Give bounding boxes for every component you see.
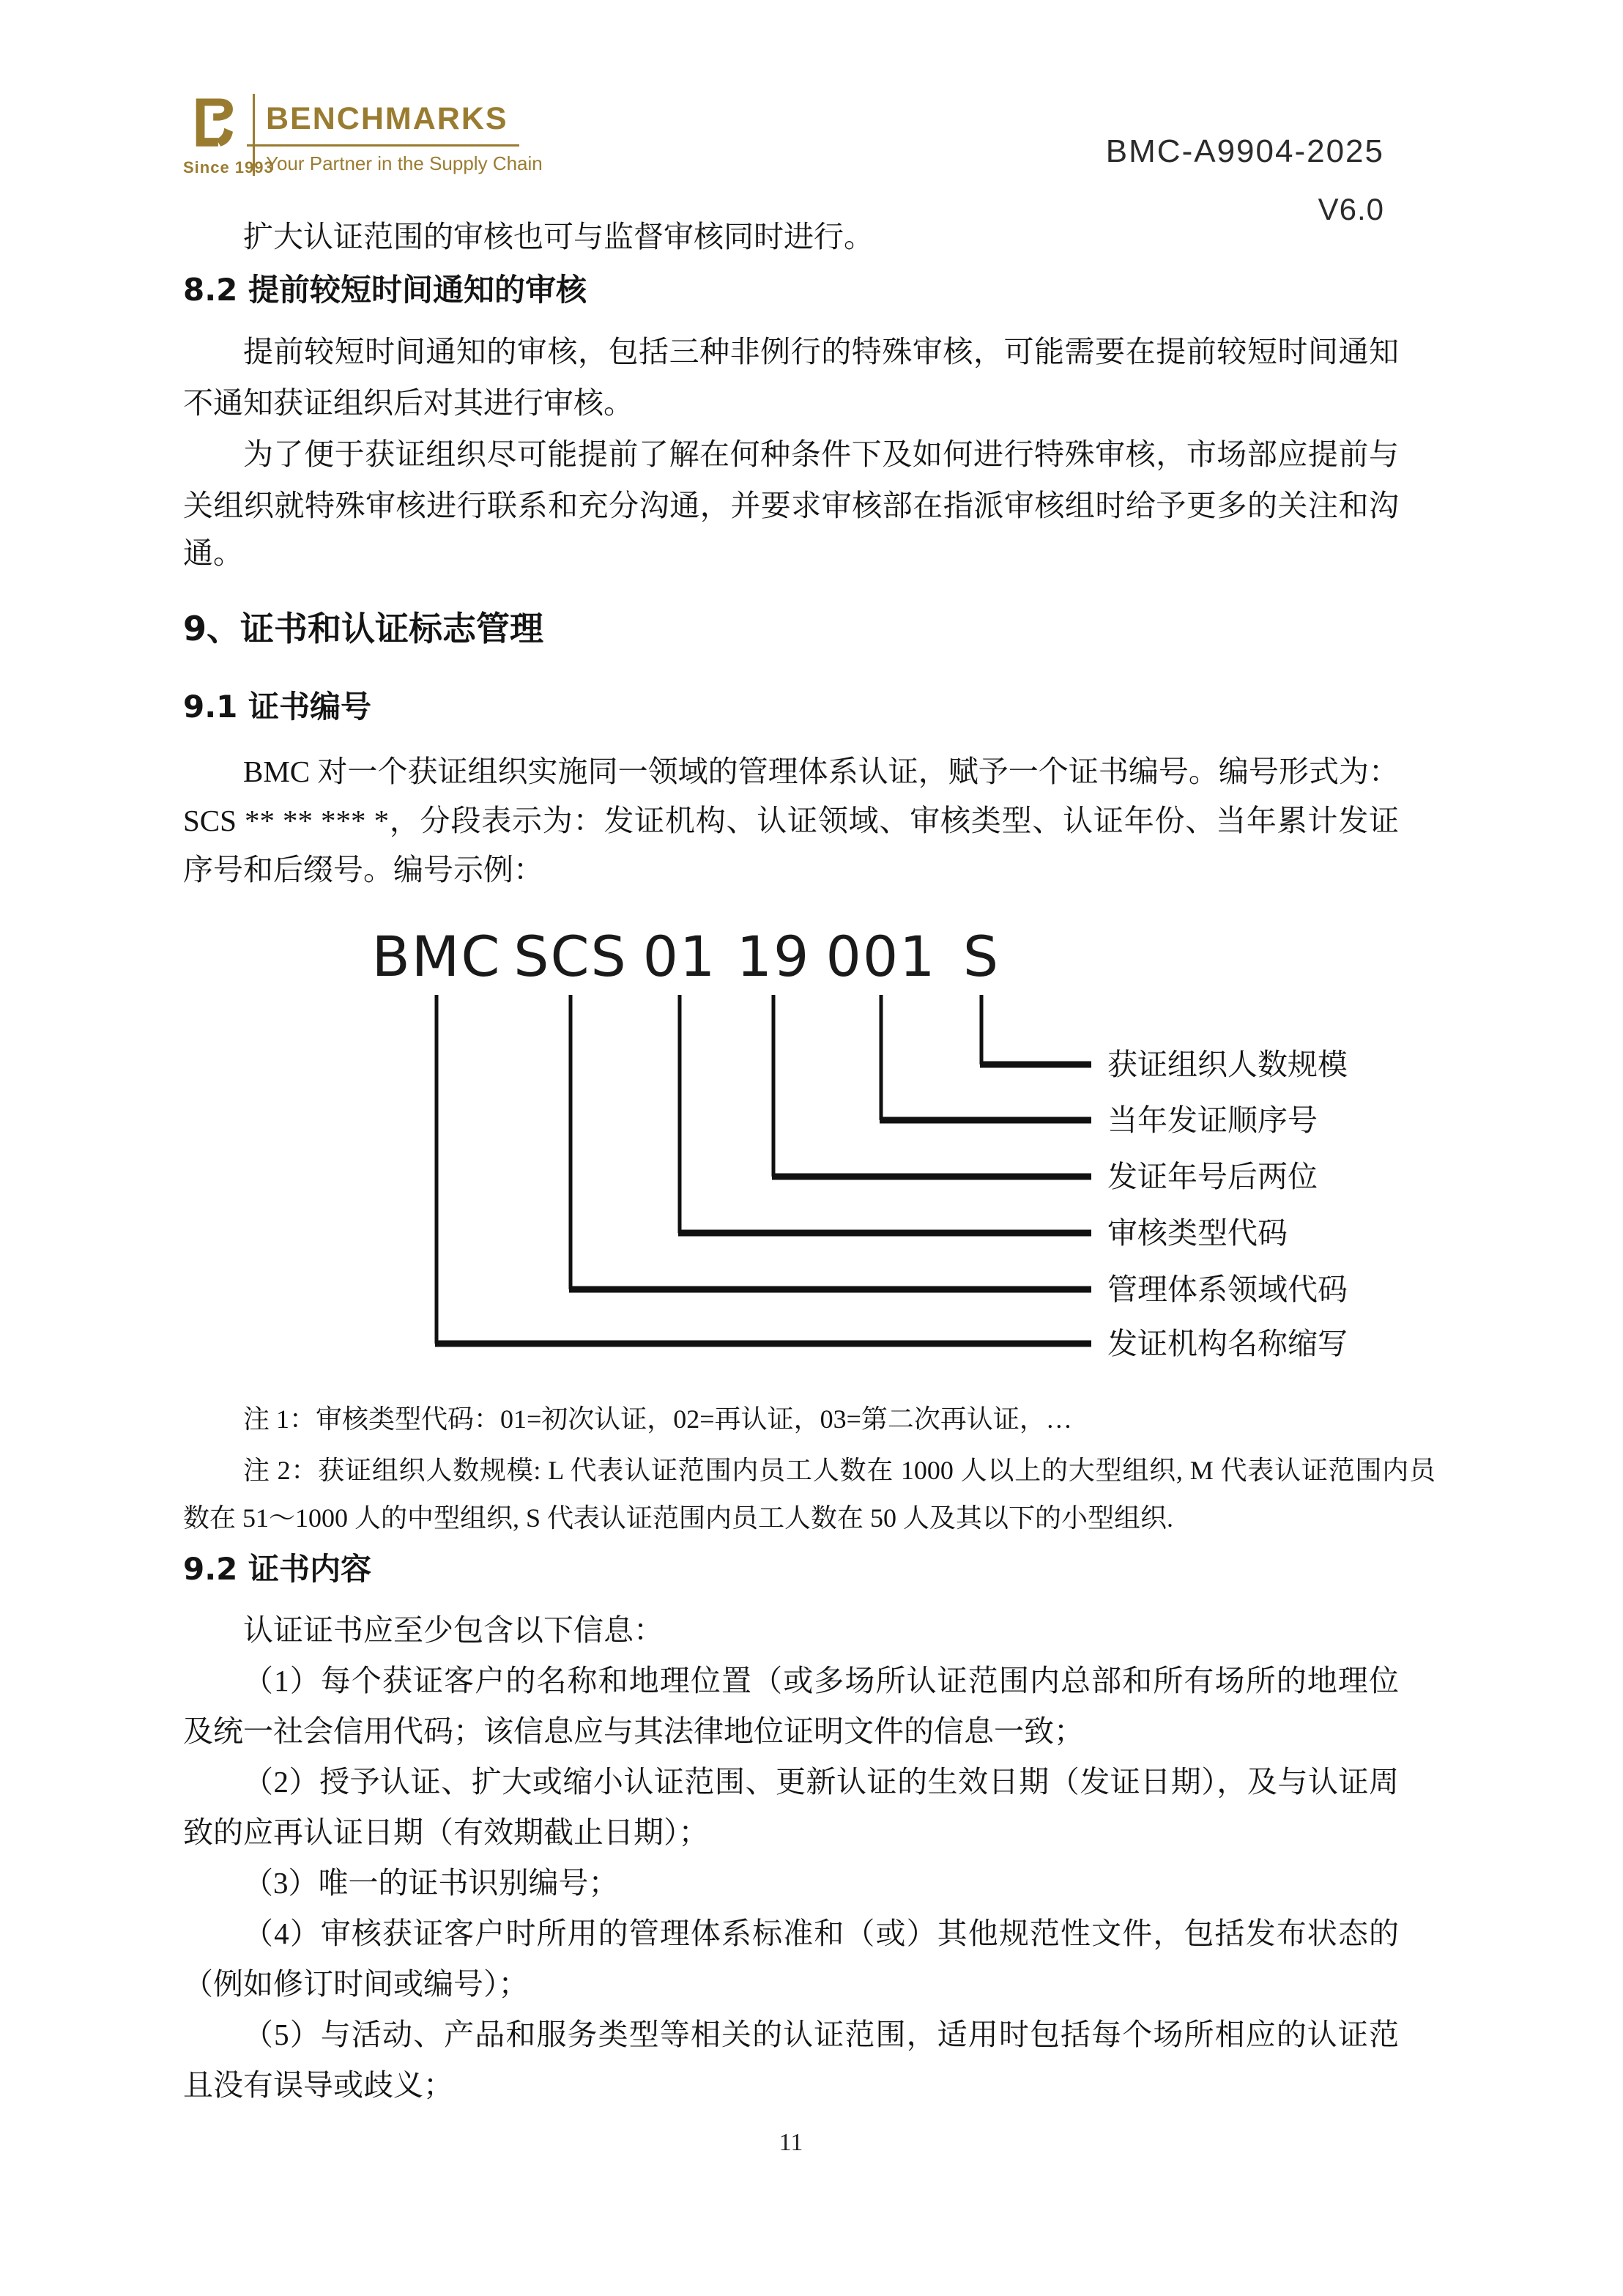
diagram-label: 审核类型代码 bbox=[1107, 1212, 1288, 1253]
code-segment: BMC bbox=[372, 924, 502, 989]
page-number: 11 bbox=[183, 2122, 1399, 2163]
note-line: 注 1：审核类型代码：01=初次认证，02=再认证，03=第二次再认证，… bbox=[183, 1399, 1436, 1440]
body-line: （4）审核获证客户时所用的管理体系标准和（或）其他规范性文件，包括发布状态的标示 bbox=[183, 1913, 1399, 1954]
code-segment: 19 bbox=[737, 924, 811, 989]
body-line: 通。 bbox=[183, 533, 1399, 574]
body-line: 致的应再认证日期（有效期截止日期）； bbox=[183, 1812, 1399, 1853]
body-line: 及统一社会信用代码；该信息应与其法律地位证明文件的信息一致； bbox=[183, 1711, 1399, 1752]
diagram-label: 获证组织人数规模 bbox=[1107, 1044, 1348, 1085]
body-line: （3）唯一的证书识别编号； bbox=[183, 1862, 1399, 1903]
code-segment: S bbox=[963, 924, 1000, 989]
logo-rule bbox=[247, 144, 519, 147]
heading-8-2: 8.2 提前较短时间通知的审核 bbox=[183, 270, 1399, 311]
body-line: SCS ** ** *** *，分段表示为：发证机构、认证领域、审核类型、认证年… bbox=[183, 800, 1399, 841]
body-line: 提前较短时间通知的审核，包括三种非例行的特殊审核，可能需要在提前较短时间通知或 bbox=[183, 331, 1399, 372]
diagram-label: 管理体系领域代码 bbox=[1107, 1269, 1348, 1310]
diagram-label: 发证机构名称缩写 bbox=[1107, 1323, 1348, 1364]
heading-9-1: 9.1 证书编号 bbox=[183, 686, 1399, 727]
code-segment: 001 bbox=[825, 924, 936, 989]
brand-name: BENCHMARKS bbox=[266, 101, 508, 137]
benchmarks-b-monogram-icon bbox=[187, 92, 240, 154]
body-line: 序号和后缀号。编号示例： bbox=[183, 849, 1399, 890]
logo-divider bbox=[253, 94, 255, 176]
diagram-leader-lines: BMC SCS 01 19 001 S bbox=[0, 908, 1623, 1377]
body-line: 不通知获证组织后对其进行审核。 bbox=[183, 382, 1399, 423]
logo-since-label: Since 1993 bbox=[183, 158, 264, 177]
code-segment: SCS bbox=[513, 924, 628, 989]
note-line: 注 2：获证组织人数规模: L 代表认证范围内员工人数在 1000 人以上的大型… bbox=[183, 1450, 1436, 1491]
note-line: 数在 51～1000 人的中型组织, S 代表认证范围内员工人数在 50 人及其… bbox=[183, 1497, 1436, 1538]
document-page: Since 1993 BENCHMARKS Your Partner in th… bbox=[0, 0, 1623, 2296]
body-line: （2）授予认证、扩大或缩小认证范围、更新认证的生效日期（发证日期），及与认证周期… bbox=[183, 1761, 1399, 1802]
body-line: 关组织就特殊审核进行联系和充分沟通，并要求审核部在指派审核组时给予更多的关注和沟 bbox=[183, 485, 1399, 526]
brand-tagline: Your Partner in the Supply Chain bbox=[266, 152, 543, 175]
heading-9-2: 9.2 证书内容 bbox=[183, 1549, 1399, 1590]
body-line: BMC 对一个获证组织实施同一领域的管理体系认证，赋予一个证书编号。编号形式为：… bbox=[183, 751, 1399, 792]
body-line: 且没有误导或歧义； bbox=[183, 2064, 1399, 2106]
body-line: （5）与活动、产品和服务类型等相关的认证范围，适用时包括每个场所相应的认证范围， bbox=[183, 2014, 1399, 2055]
diagram-label: 发证年号后两位 bbox=[1107, 1156, 1318, 1197]
body-line: 认证证书应至少包含以下信息： bbox=[183, 1610, 1399, 1651]
body-line: 扩大认证范围的审核也可与监督审核同时进行。 bbox=[183, 216, 1399, 257]
heading-9: 9、证书和认证标志管理 bbox=[183, 608, 1399, 649]
body-line: （例如修订时间或编号）； bbox=[183, 1963, 1399, 2004]
body-line: （1）每个获证客户的名称和地理位置（或多场所认证范围内总部和所有场所的地理位置） bbox=[183, 1660, 1399, 1701]
code-segment: 01 bbox=[643, 924, 717, 989]
body-line: 为了便于获证组织尽可能提前了解在何种条件下及如何进行特殊审核，市场部应提前与相 bbox=[183, 434, 1399, 475]
diagram-label: 当年发证顺序号 bbox=[1107, 1100, 1318, 1141]
doc-number: BMC-A9904-2025 bbox=[1106, 133, 1384, 170]
